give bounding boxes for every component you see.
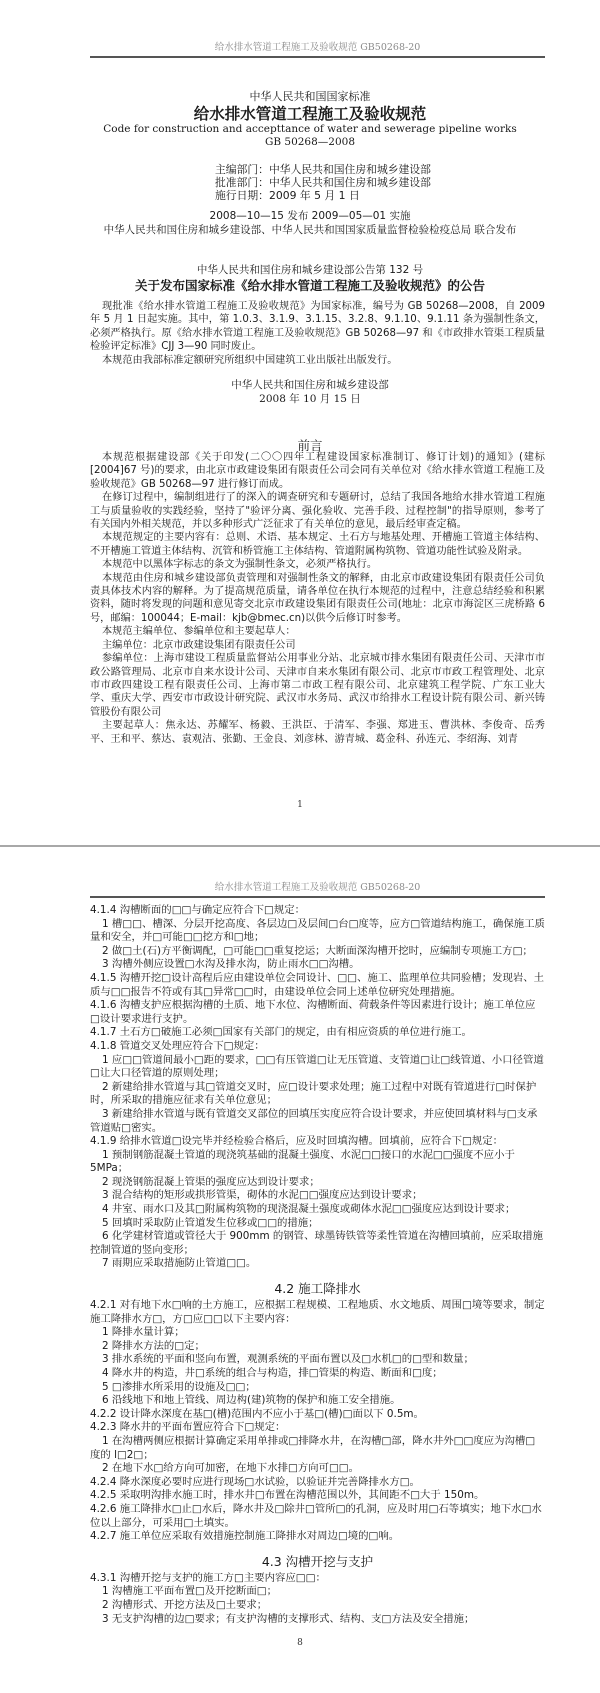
list-item: 5 回填时采取防止管道发生位移或□□的措施；	[90, 1217, 545, 1231]
document-title: 给水排水管道工程施工及验收规范	[60, 102, 560, 124]
announcement-date: 2008 年 10 月 15 日	[60, 391, 560, 406]
page-body: 4.1.4 沟槽断面的□□与确定应符合下□规定：1 槽□□、槽深、分层开挖高度、…	[90, 904, 545, 1626]
paragraph: 本规范规定的主要内容有：总则、术语、基本规定、土石方与地基处理、开槽施工管道主体…	[90, 531, 545, 558]
clause: 4.2.2 设计降水深度在基□(槽)范围内不应小于基□(槽)□面以下 0.5m。	[90, 1408, 545, 1422]
paragraph: 主编单位：北京市政建设集团有限责任公司	[90, 639, 545, 652]
page-number: 8	[0, 1638, 600, 1648]
document-page-2: 给水排水管道工程施工及验收规范 GB50268-20 4.1.4 沟槽断面的□□…	[0, 848, 600, 1693]
standard-code: GB 50268—2008	[60, 136, 560, 148]
list-item: 6 沿线地下和地上管线、周边构(建)筑物的保护和施工安全措施。	[90, 1394, 545, 1408]
paragraph: 本规范由住房和城乡建设部负责管理和对强制性条文的解释，由北京市政建设集团有限责任…	[90, 572, 545, 626]
list-item: 3 沟槽外侧应设置□水沟及排水沟，防止雨水□□沟槽。	[90, 958, 545, 972]
clause: 4.1.6 沟槽支护应根据沟槽的土质、地下水位、沟槽断面、荷载条件等因素进行设计…	[90, 999, 545, 1026]
list-item: 3 无支护沟槽的边□要求；有支护沟槽的支撑形式、结构、支□方法及安全措施；	[90, 1613, 545, 1627]
effective-date: 施行日期：2009 年 5 月 1 日	[215, 189, 431, 202]
list-item: 4 井室、雨水口及其□附属构筑物的现浇混凝土强度或砌体水泥□□强度应达到设计要求…	[90, 1203, 545, 1217]
announcement-body: 现批准《给水排水管道工程施工及验收规范》为国家标准，编号为 GB 50268—2…	[90, 300, 545, 367]
running-header: 给水排水管道工程施工及验收规范 GB50268-20	[90, 39, 545, 53]
paragraph: 本规范根据建设部《关于印发(二〇〇四年工程建设国家标准制订、修订计划)的通知》(…	[90, 451, 545, 491]
list-item: 5 □渗排水所采用的设施及□□；	[90, 1381, 545, 1395]
clause: 4.1.8 管道交叉处理应符合下□规定：	[90, 1040, 545, 1054]
section-heading: 4.3 沟槽开挖与支护	[90, 1554, 545, 1570]
paragraph: 本规范主编单位、参编单位和主要起草人：	[90, 625, 545, 638]
header-rule	[90, 896, 545, 898]
announcement-number: 中华人民共和国住房和城乡建设部公告第 132 号	[60, 262, 560, 277]
list-item: 1 沟槽施工平面布置□及开挖断面□；	[90, 1585, 545, 1599]
list-item: 3 新建给排水管道与既有管道交叉部位的回填压实度应符合设计要求，并应使回填材料与…	[90, 1108, 545, 1135]
clause: 4.1.9 给排水管道□设完毕并经检验合格后，应及时回填沟槽。回填前，应符合下□…	[90, 1135, 545, 1149]
list-item: 2 降排水方法的□定；	[90, 1340, 545, 1354]
header-rule	[90, 56, 545, 58]
clause: 4.2.6 施工降排水□止□水后，降水井及□除井□管所□的孔洞，应及时用□石等填…	[90, 1503, 545, 1530]
announcement-title: 关于发布国家标准《给水排水管道工程施工及验收规范》的公告	[60, 276, 560, 294]
announcement-signatory: 中华人民共和国住房和城乡建设部	[60, 377, 560, 392]
list-item: 2 在地下水□给方向可加密，在地下水排□方向可□□。	[90, 1462, 545, 1476]
clause: 4.2.5 采取明沟排水施工时，排水井□布置在沟槽范围以外，其间距不□大于 15…	[90, 1489, 545, 1503]
clause: 4.2.4 降水深度必要时应进行现场□水试验，以验证并完善降排水方□。	[90, 1476, 545, 1490]
approval-department: 批准部门：中华人民共和国住房和城乡建设部	[215, 176, 431, 189]
publishers: 中华人民共和国住房和城乡建设部、中华人民共和国国家质量监督检验检疫总局 联合发布	[40, 222, 580, 237]
document-title-english: Code for construction and accepttance of…	[60, 123, 560, 135]
clause: 4.2.1 对有地下水□响的土方施工，应根据工程规模、工程地质、水文地质、周围□…	[90, 1299, 545, 1326]
clause: 4.2.3 降水井的平面布置应符合下□规定：	[90, 1421, 545, 1435]
list-item: 2 新建给排水管道与其□管道交叉时，应□设计要求处理；施工过程中对既有管道进行□…	[90, 1081, 545, 1108]
document-page-1: 给水排水管道工程施工及验收规范 GB50268-20 中华人民共和国国家标准 给…	[0, 0, 600, 846]
preface-body: 本规范根据建设部《关于印发(二〇〇四年工程建设国家标准制订、修订计划)的通知》(…	[90, 451, 545, 746]
list-item: 1 降排水量计算；	[90, 1326, 545, 1340]
paragraph: 参编单位：上海市建设工程质量监督站公用事业分站、北京城市排水集团有限责任公司、天…	[90, 652, 545, 719]
list-item: 1 应□□管道间最小□距的要求，□□有压管道□让无压管道、支管道□让□线管道、小…	[90, 1054, 545, 1081]
paragraph: 主要起草人：焦永达、苏耀军、杨毅、王洪臣、于清军、李强、郑进玉、曹洪林、李俊奇、…	[90, 719, 545, 746]
paragraph: 本规范由我部标准定额研究所组织中国建筑工业出版社出版发行。	[90, 354, 545, 367]
list-item: 3 混合结构的矩形或拱形管渠，砌体的水泥□□强度应达到设计要求；	[90, 1189, 545, 1203]
running-header: 给水排水管道工程施工及验收规范 GB50268-20	[90, 879, 545, 893]
paragraph: 现批准《给水排水管道工程施工及验收规范》为国家标准，编号为 GB 50268—2…	[90, 300, 545, 354]
list-item: 1 预制钢筋混凝土管道的现浇筑基础的混凝土强度、水泥□□接口的水泥□□强度不应小…	[90, 1149, 545, 1176]
list-item: 7 雨期应采取措施防止管道□□。	[90, 1257, 545, 1271]
list-item: 2 沟槽形式、开挖方法及□土要求；	[90, 1599, 545, 1613]
issue-line: 2008—10—15 发布 2009—05—01 实施	[60, 208, 560, 223]
chief-department: 主编部门：中华人民共和国住房和城乡建设部	[215, 163, 431, 176]
page-separator	[0, 845, 600, 847]
list-item: 6 化学建材管道或管径大于 900mm 的钢管、球墨铸铁管等柔性管道在沟槽回填前…	[90, 1230, 545, 1257]
list-item: 4 降水井的构造，井□系统的组合与构造，排□管渠的构造、断面和□度；	[90, 1367, 545, 1381]
clause: 4.1.4 沟槽断面的□□与确定应符合下□规定：	[90, 904, 545, 918]
list-item: 3 排水系统的平面和竖向布置，观测系统的平面布置以及□水机□的□型和数量；	[90, 1353, 545, 1367]
page-number: 1	[0, 800, 600, 810]
list-item: 2 做□土(石)方平衡调配，□可能□□重复挖运；大断面深沟槽开挖时，应编制专项施…	[90, 945, 545, 959]
clause: 4.3.1 沟槽开挖与支护的施工方□主要内容应□□：	[90, 1572, 545, 1586]
clause: 4.2.7 施工单位应采取有效措施控制施工降排水对周边□境的□响。	[90, 1530, 545, 1544]
list-item: 1 槽□□、槽深、分层开挖高度、各层边□及层间□台□度等，应方□管道结构施工，确…	[90, 918, 545, 945]
issuing-info: 主编部门：中华人民共和国住房和城乡建设部 批准部门：中华人民共和国住房和城乡建设…	[215, 163, 431, 202]
paragraph: 在修订过程中，编制组进行了的深入的调查研究和专题研讨，总结了我国各地给水排水管道…	[90, 491, 545, 531]
section-heading: 4.2 施工降排水	[90, 1281, 545, 1297]
clause: 4.1.7 土石方□破施工必须□国家有关部门的规定，由有相应资质的单位进行施工。	[90, 1026, 545, 1040]
list-item: 2 现浇钢筋混凝上管渠的强度应达到设计要求；	[90, 1176, 545, 1190]
clause: 4.1.5 沟槽开挖□设计高程后应由建设单位会同设计、□□、施工、监理单位共同验…	[90, 972, 545, 999]
list-item: 1 在沟槽两侧应根据计算确定采用单排或□排降水井，在沟槽□部，降水井外□□度应为…	[90, 1435, 545, 1462]
paragraph: 本规范中以黑体字标志的条文为强制性条文，必须严格执行。	[90, 558, 545, 571]
